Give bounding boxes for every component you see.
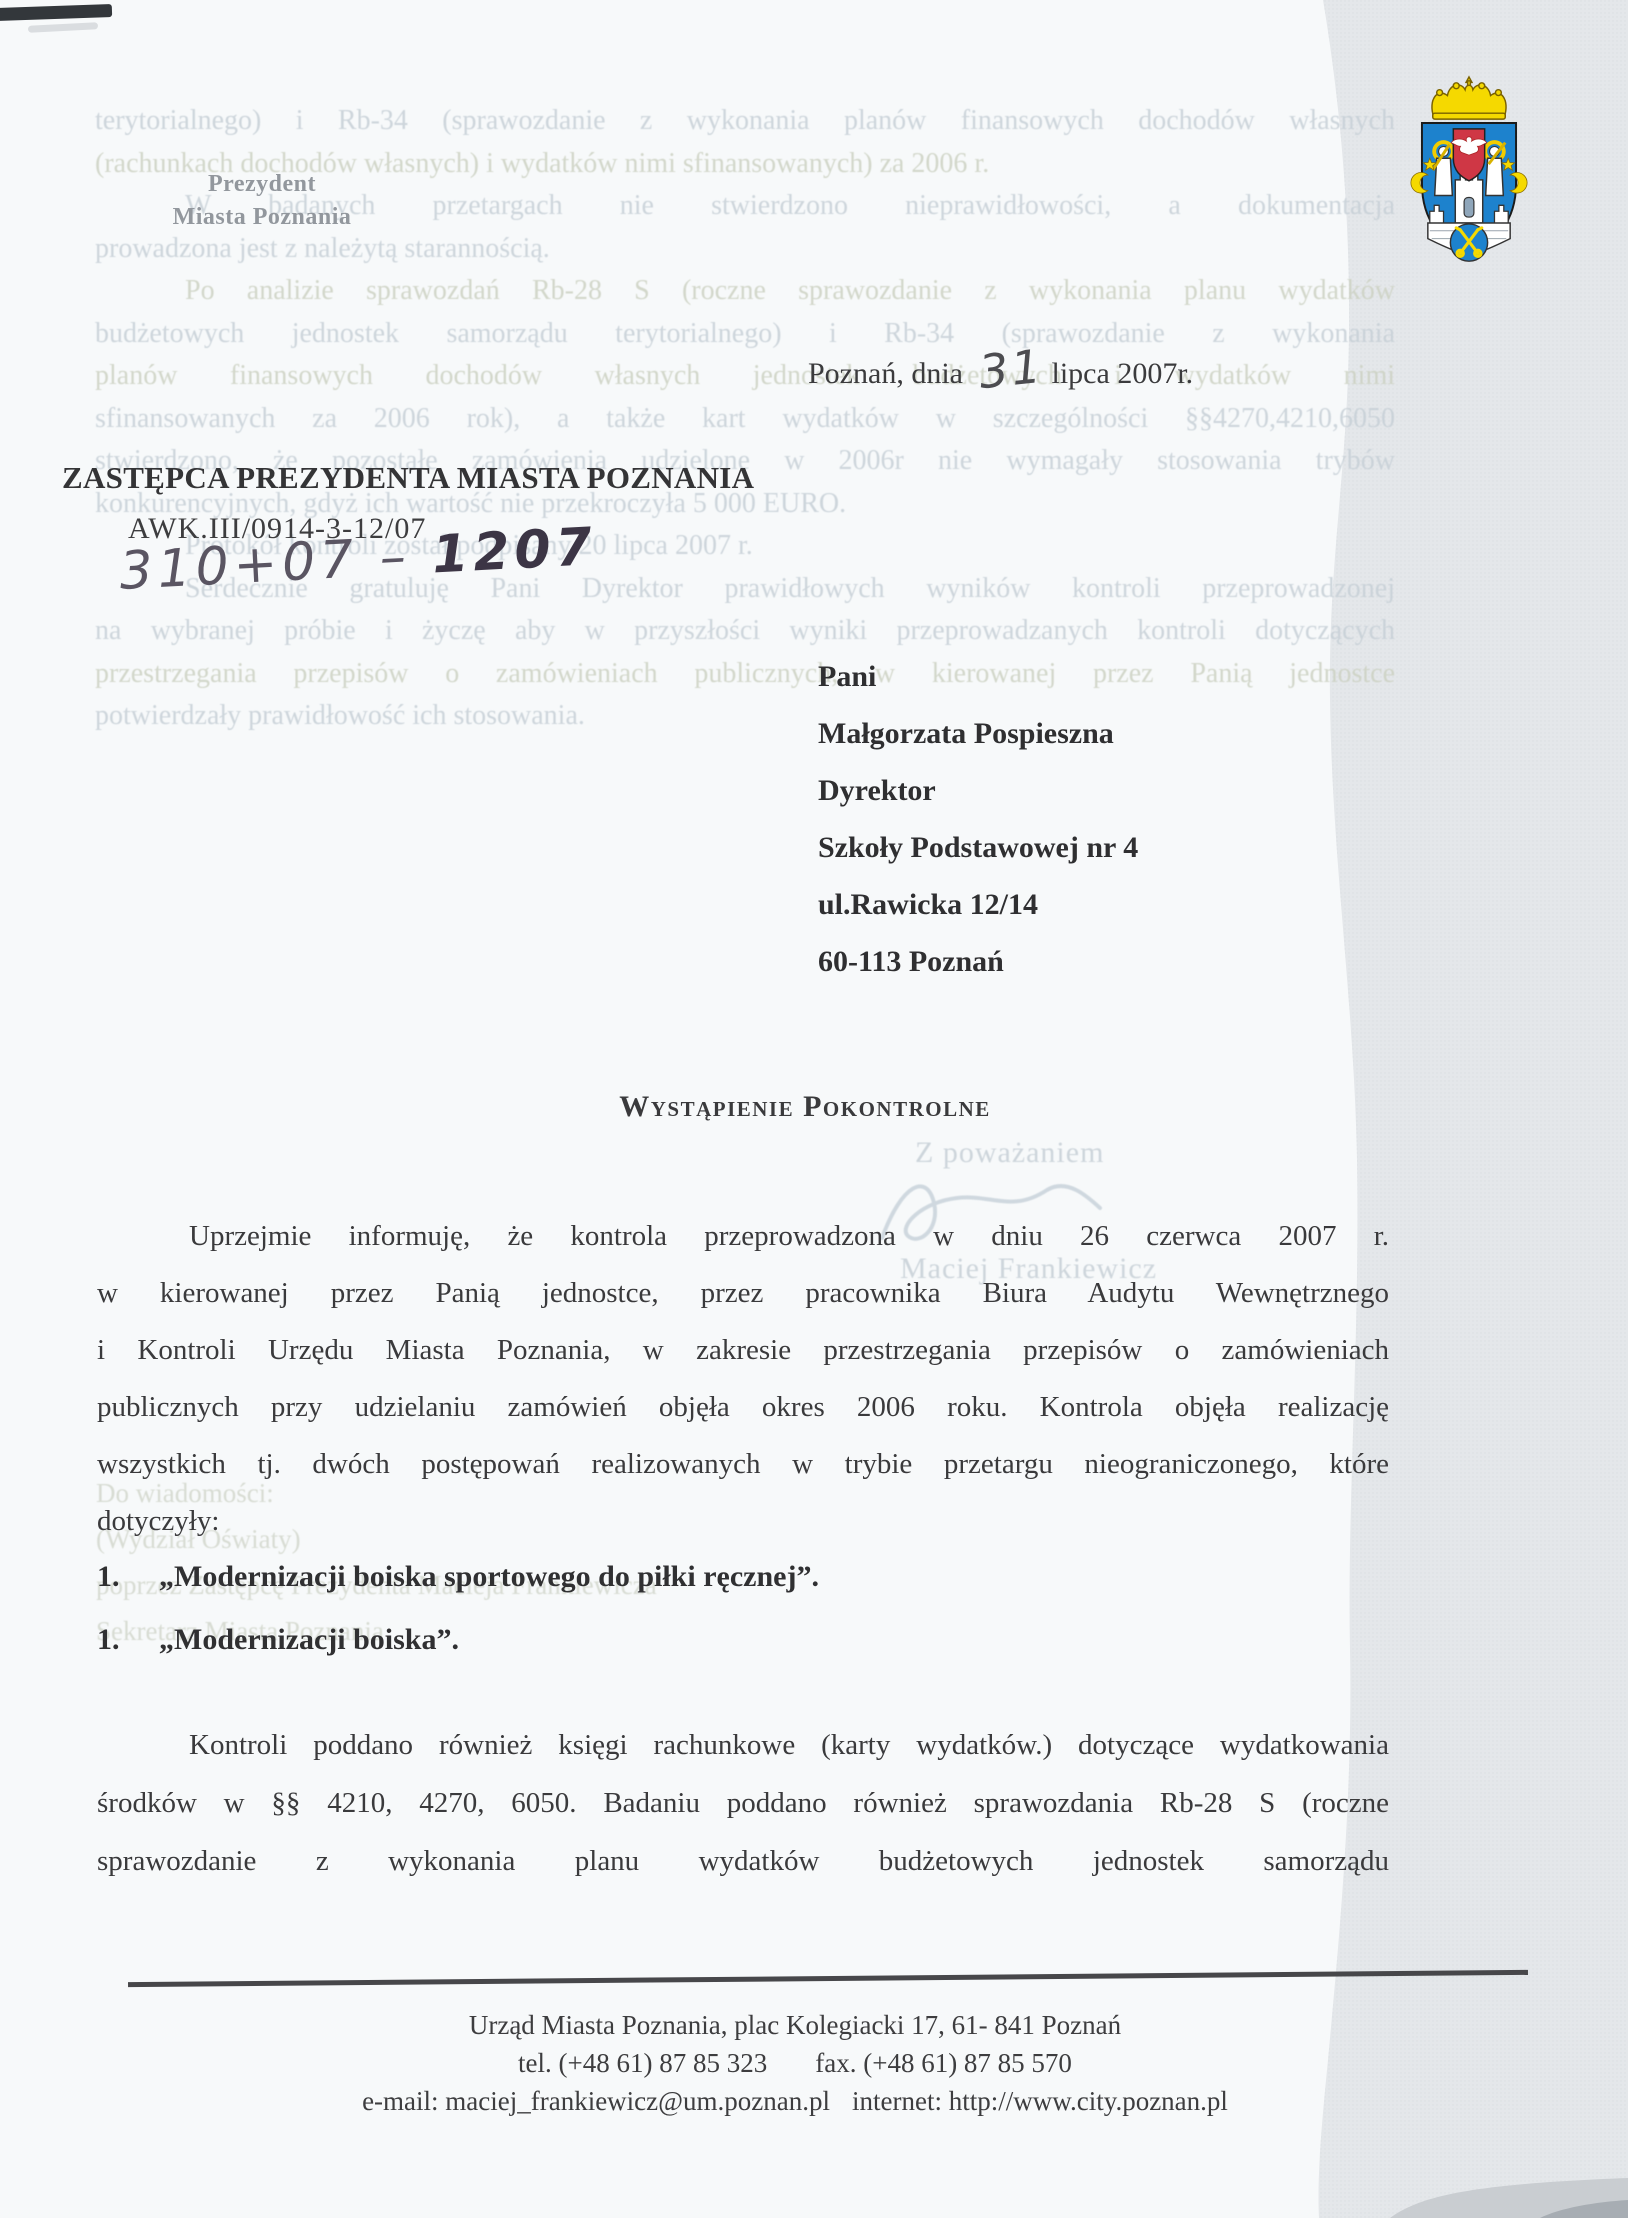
paragraph-line: sprawozdanie z wykonania planu wydatków … [97, 1832, 1389, 1890]
recipient-salutation: Pani [818, 648, 1138, 705]
recipient-block: Pani Małgorzata Pospieszna Dyrektor Szko… [818, 648, 1138, 990]
paragraph-line: Uprzejmie informuję, że kontrola przepro… [97, 1208, 1389, 1265]
letterhead: Prezydent Miasta Poznania [148, 168, 376, 234]
list-item-text: „Modernizacji boiska sportowego do piłki… [159, 1560, 819, 1593]
recipient-name: Małgorzata Pospieszna [818, 705, 1138, 762]
footer-internet: internet: http://www.city.poznan.pl [852, 2086, 1228, 2116]
paragraph-line: i Kontroli Urzędu Miasta Poznania, w zak… [97, 1322, 1389, 1379]
handwritten-day: 31 [976, 339, 1046, 399]
paragraph-1: Uprzejmie informuję, że kontrola przepro… [97, 1208, 1389, 1550]
scanned-letter-page: terytorialnego) i Rb-34 (sprawozdanie z … [0, 0, 1628, 2218]
paragraph-line: wszystkich tj. dwóch postępowań realizow… [97, 1436, 1389, 1493]
footer-fax: fax. (+48 61) 87 85 570 [815, 2048, 1072, 2078]
list-item: 1.„Modernizacji boiska”. [97, 1611, 1389, 1668]
paragraph-line: w kierowanej przez Panią jednostce, prze… [97, 1265, 1389, 1322]
paragraph-2: Kontroli poddano również księgi rachunko… [97, 1716, 1389, 1890]
recipient-position: Dyrektor [818, 762, 1138, 819]
footer-tel: tel. (+48 61) 87 85 323 [518, 2048, 767, 2078]
letterhead-line1: Prezydent [148, 168, 376, 201]
city-coat-of-arms-emblem [1400, 74, 1538, 270]
recipient-city: 60-113 Poznań [818, 933, 1138, 990]
list-item: 1.„Modernizacji boiska sportowego do pił… [97, 1548, 1389, 1605]
handwritten-note-part2: 1207 [431, 517, 599, 586]
recipient-street: ul.Rawicka 12/14 [818, 876, 1138, 933]
bleed-line: sfinansowanych za 2006 rok), a także kar… [95, 398, 1395, 441]
bleed-line: terytorialnego) i Rb-34 (sprawozdanie z … [95, 100, 1395, 143]
paragraph-line: Kontroli poddano również księgi rachunko… [97, 1716, 1389, 1774]
footer-online: e-mail: maciej_frankiewicz@um.poznan.pli… [170, 2082, 1420, 2120]
paragraph-line: publicznych przy udzielaniu zamówień obj… [97, 1379, 1389, 1436]
footer-contacts: tel. (+48 61) 87 85 323fax. (+48 61) 87 … [170, 2044, 1420, 2082]
date-suffix: lipca 2007r. [1052, 357, 1194, 390]
bleed-line: przestrzegania przepisów o zamówieniach … [95, 653, 1395, 696]
date-prefix: Poznań, dnia [808, 357, 963, 390]
footer: Urząd Miasta Poznania, plac Kolegiacki 1… [170, 2006, 1420, 2120]
list-item-number: 1. [97, 1611, 159, 1668]
bleed-line: potwierdzały prawidłowość ich stosowania… [95, 695, 1395, 738]
handwritten-note-separator: – [378, 527, 412, 589]
sender-title: ZASTĘPCA PREZYDENTA MIASTA POZNANIA [62, 460, 754, 496]
bleed-line: budżetowych jednostek samorządu terytori… [95, 313, 1395, 356]
list-item-number: 1. [97, 1548, 159, 1605]
bleed-through-closing: Z poważaniem [915, 1136, 1104, 1170]
paragraph-line: dotyczyły: [97, 1493, 1389, 1550]
list-item-text: „Modernizacji boiska”. [159, 1623, 459, 1656]
paragraph-line: środków w §§ 4210, 4270, 6050. Badaniu p… [97, 1774, 1389, 1832]
letterhead-line2: Miasta Poznania [148, 201, 376, 234]
bleed-line: Po analizie sprawozdań Rb-28 S (roczne s… [95, 270, 1395, 313]
bleed-line: na wybranej próbie i życzę aby w przyszł… [95, 610, 1395, 653]
contract-list: 1.„Modernizacji boiska sportowego do pił… [97, 1548, 1389, 1674]
handwritten-note-part1: 310+07 [118, 529, 360, 601]
date-line: Poznań, dnia31lipca 2007r. [808, 340, 1193, 394]
recipient-institution: Szkoły Podstawowej nr 4 [818, 819, 1138, 876]
footer-email: e-mail: maciej_frankiewicz@um.poznan.pl [362, 2086, 830, 2116]
footer-address: Urząd Miasta Poznania, plac Kolegiacki 1… [170, 2006, 1420, 2044]
bleed-line: planów finansowych dochodów własnych jed… [95, 355, 1395, 398]
document-heading: Wystąpienie Pokontrolne [400, 1090, 1210, 1124]
